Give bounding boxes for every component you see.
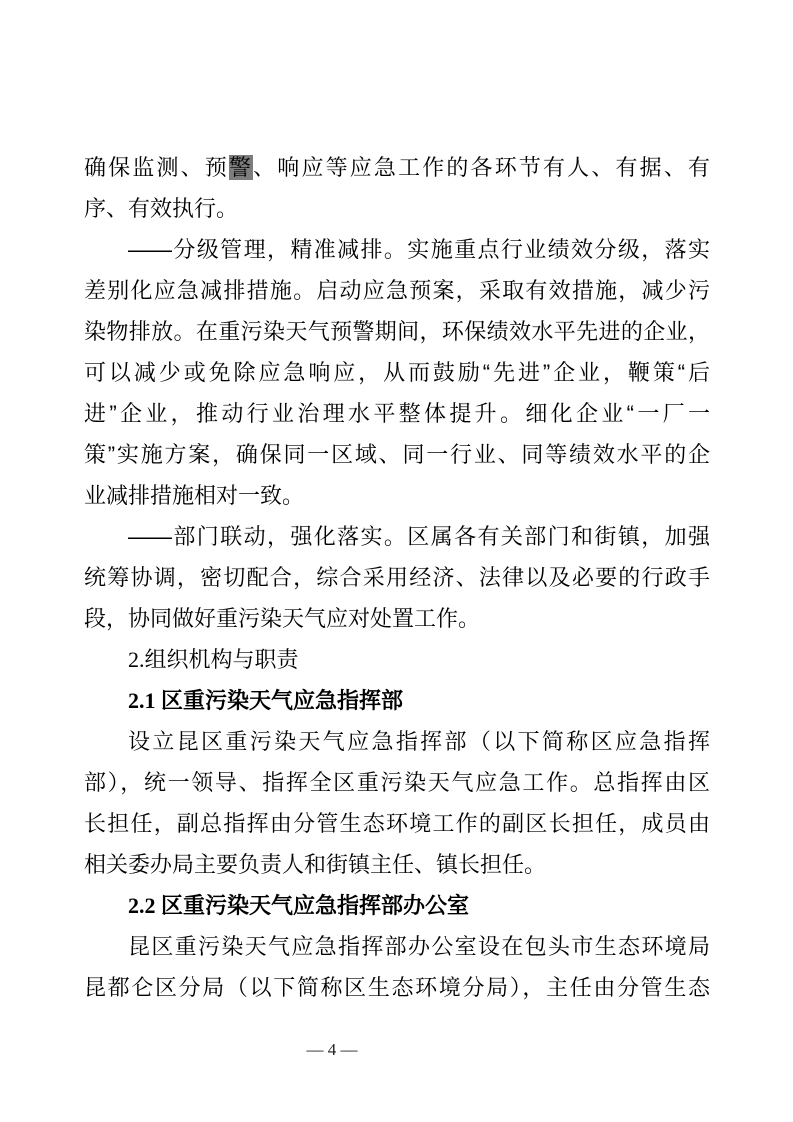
section-title: 区重污染天气应急指挥部办公室 — [161, 893, 469, 918]
text-line: 序、有效执行。 — [84, 188, 710, 229]
text-line: 业减排措施相对一致。 — [84, 475, 710, 516]
text-line: 部），统一领导、指挥全区重污染天气应急工作。总指挥由区 — [84, 762, 710, 803]
text-line: 设立昆区重污染天气应急指挥部（以下简称区应急指挥 — [84, 721, 710, 762]
text-line: 相关委办局主要负责人和街镇主任、镇长担任。 — [84, 844, 710, 885]
subsection-heading: 2.1 区重污染天气应急指挥部 — [84, 680, 710, 721]
text-line: 段，协同做好重污染天气应对处置工作。 — [84, 598, 710, 639]
section-title: 组织机构与职责 — [145, 647, 299, 672]
section-title: 区重污染天气应急指挥部 — [161, 688, 403, 713]
text-line: 昆都仑区分局（以下简称区生态环境分局），主任由分管生态 — [84, 967, 710, 1008]
document-page: 确保监测、预警、响应等应急工作的各环节有人、有据、有 序、有效执行。 ——分级管… — [0, 0, 793, 1122]
page-footer: — 4 — — [232, 1038, 432, 1062]
text-line: 进”企业，推动行业治理水平整体提升。细化企业“一厂一 — [84, 393, 710, 434]
text-line: ——部门联动，强化落实。区属各有关部门和街镇，加强 — [84, 516, 710, 557]
text-line: 染物排放。在重污染天气预警期间，环保绩效水平先进的企业， — [84, 311, 710, 352]
text-line: 可以减少或免除应急响应，从而鼓励“先进”企业，鞭策“后 — [84, 352, 710, 393]
line-text: 、响应等应急工作的各环节有人、有据、有 — [253, 155, 710, 180]
highlighted-char: 警 — [229, 155, 253, 180]
text-line: 确保监测、预警、响应等应急工作的各环节有人、有据、有 — [84, 147, 710, 188]
section-number: 2. — [128, 647, 145, 672]
section-heading: 2.组织机构与职责 — [84, 639, 710, 680]
text-line: ——分级管理，精准减排。实施重点行业绩效分级，落实 — [84, 229, 710, 270]
text-line: 昆区重污染天气应急指挥部办公室设在包头市生态环境局 — [84, 926, 710, 967]
text-line: 策”实施方案，确保同一区域、同一行业、同等绩效水平的企 — [84, 434, 710, 475]
text-line: 统筹协调，密切配合，综合采用经济、法律以及必要的行政手 — [84, 557, 710, 598]
section-number: 2.1 — [128, 688, 161, 713]
subsection-heading: 2.2 区重污染天气应急指挥部办公室 — [84, 885, 710, 926]
section-number: 2.2 — [128, 893, 161, 918]
line-text: 确保监测、预 — [84, 155, 229, 180]
document-body: 确保监测、预警、响应等应急工作的各环节有人、有据、有 序、有效执行。 ——分级管… — [84, 147, 710, 1008]
text-line: 差别化应急减排措施。启动应急预案，采取有效措施，减少污 — [84, 270, 710, 311]
text-line: 长担任，副总指挥由分管生态环境工作的副区长担任，成员由 — [84, 803, 710, 844]
